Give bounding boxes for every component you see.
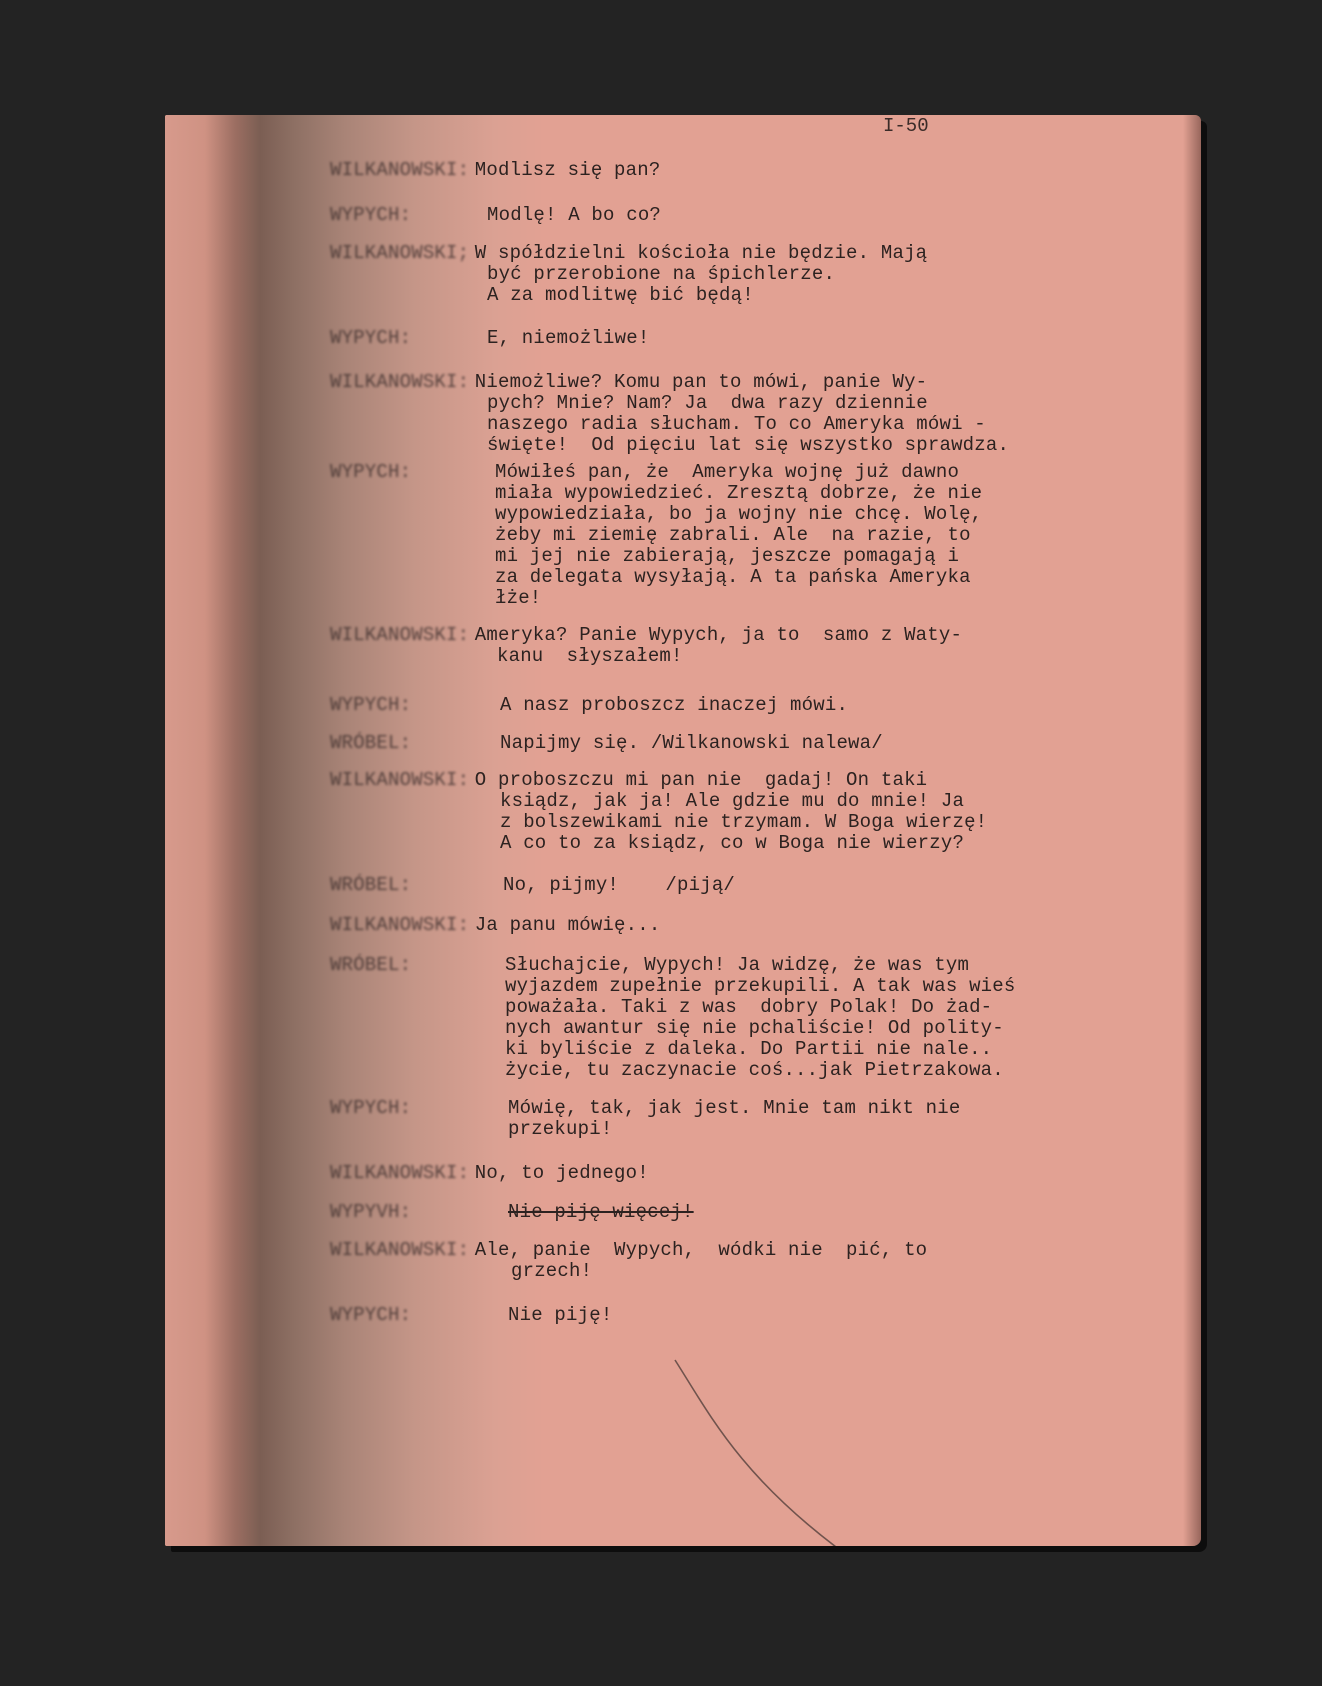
dialogue-line: być przerobione na śpichlerze. <box>487 264 835 285</box>
dialogue-line: No, to jednego! <box>475 1163 649 1184</box>
dialogue-line: No, pijmy! /piją/ <box>503 875 735 896</box>
speaker-name: WILKANOWSKI: <box>330 372 469 393</box>
dialogue-line: ksiądz, jak ja! Ale gdzie mu do mnie! Ja <box>500 791 964 812</box>
dialogue-line: nych awantur się nie pchaliście! Od poli… <box>505 1018 1004 1039</box>
speaker-name: WRÓBEL: <box>330 733 411 754</box>
dialogue-line: z bolszewikami nie trzymam. W Boga wierz… <box>500 812 987 833</box>
speaker-name: WYPYVH: <box>330 1202 411 1223</box>
dialogue-line: O proboszczu mi pan nie gadaj! On taki <box>475 770 927 791</box>
dialogue-line: grzech! <box>511 1261 592 1282</box>
dialogue-line: przekupi! <box>508 1119 612 1140</box>
speaker-name: WYPYCH: <box>330 462 411 483</box>
dialogue-line: wypowiedziała, bo ja wojny nie chcę. Wol… <box>495 504 982 525</box>
speaker-name: WYPYCH: <box>330 328 411 349</box>
dialogue-line: Nie piję! <box>508 1305 612 1326</box>
speaker-name: WILKANOWSKI: <box>330 1163 469 1184</box>
dialogue-line: wyjazdem zupełnie przekupili. A tak was … <box>505 976 1015 997</box>
dialogue-script: WILKANOWSKI:Modlisz się pan?WYPYCH:Modlę… <box>165 115 1201 1546</box>
dialogue-line: A za modlitwę bić będą! <box>487 285 754 306</box>
speaker-name: WILKANOWSKI: <box>330 1240 469 1261</box>
dialogue-line: mi jej nie zabierają, jeszcze pomagają i <box>495 546 959 567</box>
dialogue-line: W spółdzielni kościoła nie będzie. Mają <box>475 243 927 264</box>
dialogue-line: poważała. Taki z was dobry Polak! Do żad… <box>505 997 992 1018</box>
dialogue-line: żeby mi ziemię zabrali. Ale na razie, to <box>495 525 971 546</box>
speaker-name: WILKANOWSKI: <box>330 770 469 791</box>
speaker-name: WILKANOWSKI; <box>330 243 469 264</box>
speaker-name: WRÓBEL: <box>330 955 411 976</box>
typescript-page: I-50 WILKANOWSKI:Modlisz się pan?WYPYCH:… <box>165 115 1201 1546</box>
dialogue-line: E, niemożliwe! <box>487 328 649 349</box>
dialogue-line: miała wypowiedzieć. Zresztą dobrze, że n… <box>495 483 982 504</box>
dialogue-line: łże! <box>495 588 541 609</box>
dialogue-line: pych? Mnie? Nam? Ja dwa razy dziennie <box>487 393 928 414</box>
speaker-name: WILKANOWSKI: <box>330 915 469 936</box>
dialogue-line: Modlę! A bo co? <box>487 205 661 226</box>
speaker-name: WRÓBEL: <box>330 875 411 896</box>
speaker-name: WILKANOWSKI: <box>330 625 469 646</box>
dialogue-line: Ameryka? Panie Wypych, ja to samo z Waty… <box>475 625 962 646</box>
dialogue-line: Modlisz się pan? <box>475 160 661 181</box>
dialogue-line: życie, tu zaczynacie coś...jak Pietrzako… <box>505 1060 1004 1081</box>
dialogue-line: Mówię, tak, jak jest. Mnie tam nikt nie <box>508 1098 960 1119</box>
speaker-name: WILKANOWSKI: <box>330 160 469 181</box>
dialogue-line: A nasz proboszcz inaczej mówi. <box>500 695 848 716</box>
dialogue-line: święte! Od pięciu lat się wszystko spraw… <box>487 435 1009 456</box>
speaker-name: WYPYCH: <box>330 1098 411 1119</box>
dialogue-line: Ja panu mówię... <box>475 915 661 936</box>
speaker-name: WYPYCH: <box>330 205 411 226</box>
speaker-name: WYPYCH: <box>330 695 411 716</box>
dialogue-line: Mówiłeś pan, że Ameryka wojnę już dawno <box>495 462 959 483</box>
dialogue-line: ki byliście z daleka. Do Partii nie nale… <box>505 1039 992 1060</box>
dialogue-line: Ale, panie Wypych, wódki nie pić, to <box>475 1240 927 1261</box>
dialogue-line: Niemożliwe? Komu pan to mówi, panie Wy- <box>475 372 927 393</box>
dialogue-line: za delegata wysyłają. A ta pańska Ameryk… <box>495 567 971 588</box>
dialogue-line: Napijmy się. /Wilkanowski nalewa/ <box>500 733 883 754</box>
dialogue-line: A co to za ksiądz, co w Boga nie wierzy? <box>500 833 964 854</box>
dialogue-line: kanu słyszałem! <box>497 646 683 667</box>
speaker-name: WYPYCH: <box>330 1305 411 1326</box>
dialogue-line: Słuchajcie, Wypych! Ja widzę, że was tym <box>505 955 969 976</box>
dialogue-line: naszego radia słucham. To co Ameryka mów… <box>487 414 986 435</box>
dialogue-line: Nie piję więcej! <box>508 1202 694 1223</box>
